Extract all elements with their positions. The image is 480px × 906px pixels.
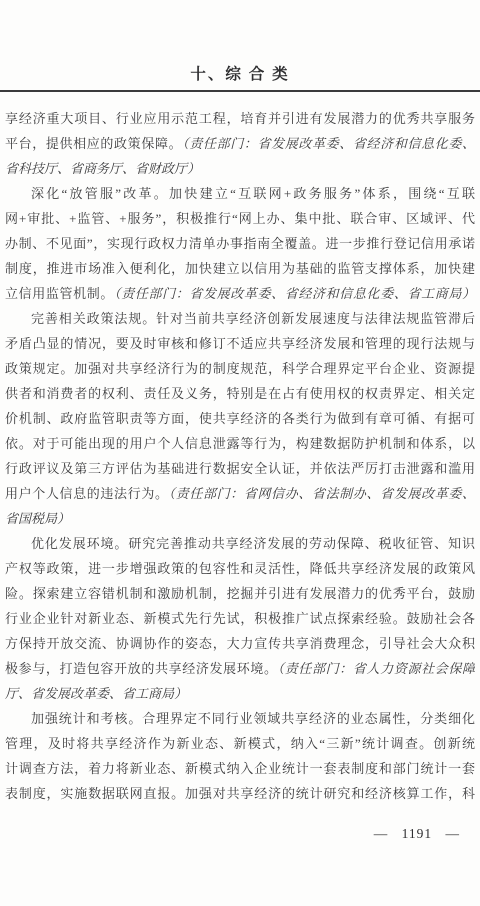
body-text: 平台，提供相应的政策保障。 [5, 136, 182, 151]
text-line: 省科技厅、省商务厅、省财政厅） [5, 156, 475, 181]
text-line: 供者和消费者的权利、责任及义务，特别是在占有使用权的权责界定、相关定 [5, 381, 475, 406]
text-line: 依。对于可能出现的用户个人信息泄露等行为，构建数据防护机制和体系，以 [5, 431, 475, 456]
responsible-department-text: （责任部门：省发展改革委、省经济和信息化委、省工商局） [114, 286, 475, 301]
text-line: 管理，及时将共享经济作为新业态、新模式，纳入“三新”统计调查。创新统 [5, 731, 475, 756]
text-line: 计调查方法，着力将新业态、新模式纳入企业统计一套表制度和部门统计一套 [5, 756, 475, 781]
body-text: 行业企业针对新业态、新模式先行先试，积极推广试点探索经验。鼓励社会各 [5, 611, 475, 626]
text-line: 加强统计和考核。合理界定不同行业领域共享经济的业态属性，分类细化 [5, 706, 475, 731]
body-text: 计调查方法，着力将新业态、新模式纳入企业统计一套表制度和部门统计一套 [5, 761, 475, 776]
text-line: 行政评议及第三方评估为基础进行数据安全认证，并依法严厉打击泄露和滥用 [5, 456, 475, 481]
body-text: 办制、不见面”，实现行政权力清单办事指南全覆盖。进一步推行登记信用承诺 [5, 236, 475, 251]
responsible-department-text: 省科技厅、省商务厅、省财政厅） [5, 161, 200, 176]
text-line: 享经济重大项目、行业应用示范工程，培育并引进有发展潜力的优秀共享服务 [5, 106, 475, 131]
document-body: 享经济重大项目、行业应用示范工程，培育并引进有发展潜力的优秀共享服务平台，提供相… [5, 106, 475, 806]
text-line: 极参与，打造包容开放的共享经济发展环境。（责任部门：省人力资源社会保障 [5, 656, 475, 681]
page-footer: — 1191 — [374, 826, 460, 842]
text-line: 方保持开放交流、协调协作的姿态，大力宣传共享消费理念，引导社会大众积 [5, 631, 475, 656]
text-line: 制度，推进市场准入便利化，加快建立以信用为基础的监管支撑体系，加快建 [5, 256, 475, 281]
responsible-department-text: 厅、省发展改革委、省工商局） [5, 686, 187, 701]
responsible-department-text: （责任部门：省人力资源社会保障 [278, 661, 475, 676]
text-line: 完善相关政策法规。针对当前共享经济创新发展速度与法律法规监管滞后 [5, 306, 475, 331]
body-text: 表制度，实施数据联网直报。加强对共享经济的统计研究和经济核算工作，科 [5, 786, 475, 801]
responsible-department-text: （责任部门：省发展改革委、省经济和信息化委、 [182, 136, 475, 151]
body-text: 方保持开放交流、协调协作的姿态，大力宣传共享消费理念，引导社会大众积 [5, 636, 475, 651]
text-line: 网+审批、+监管、+服务”，积极推行“网上办、集中批、联合审、区域评、代 [5, 206, 475, 231]
body-text: 依。对于可能出现的用户个人信息泄露等行为，构建数据防护机制和体系，以 [5, 436, 475, 451]
body-text: 完善相关政策法规。针对当前共享经济创新发展速度与法律法规监管滞后 [31, 311, 475, 326]
body-text: 供者和消费者的权利、责任及义务，特别是在占有使用权的权责界定、相关定 [5, 386, 475, 401]
text-line: 立信用监管机制。（责任部门：省发展改革委、省经济和信息化委、省工商局） [5, 281, 475, 306]
text-line: 价机制、政府监管职责等方面，使共享经济的各类行为做到有章可循、有据可 [5, 406, 475, 431]
text-line: 险。探索建立容错机制和激励机制，挖掘并引进有发展潜力的优秀平台，鼓励 [5, 581, 475, 606]
document-page: 十、综 合 类 享经济重大项目、行业应用示范工程，培育并引进有发展潜力的优秀共享… [0, 0, 480, 906]
text-line: 平台，提供相应的政策保障。（责任部门：省发展改革委、省经济和信息化委、 [5, 131, 475, 156]
body-text: 产权等政策，进一步增强政策的包容性和灵活性，降低共享经济发展的政策风 [5, 561, 475, 576]
body-text: 极参与，打造包容开放的共享经济发展环境。 [5, 661, 278, 676]
page-number: — 1191 — [374, 826, 460, 841]
body-text: 网+审批、+监管、+服务”，积极推行“网上办、集中批、联合审、区域评、代 [5, 211, 475, 226]
body-text: 险。探索建立容错机制和激励机制，挖掘并引进有发展潜力的优秀平台，鼓励 [5, 586, 475, 601]
text-line: 表制度，实施数据联网直报。加强对共享经济的统计研究和经济核算工作，科 [5, 781, 475, 806]
responsible-department-text: （责任部门：省网信办、省法制办、省发展改革委、 [169, 486, 475, 501]
text-line: 产权等政策，进一步增强政策的包容性和灵活性，降低共享经济发展的政策风 [5, 556, 475, 581]
body-text: 政策规定。加强对共享经济行为的制度规范，科学合理界定平台企业、资源提 [5, 361, 475, 376]
responsible-department-text: 省国税局） [5, 511, 70, 526]
header-divider [0, 90, 480, 92]
body-text: 管理，及时将共享经济作为新业态、新模式，纳入“三新”统计调查。创新统 [5, 736, 475, 751]
text-line: 省国税局） [5, 506, 475, 531]
body-text: 矛盾凸显的情况，要及时审核和修订不适应共享经济发展和管理的现行法规与 [5, 336, 475, 351]
section-title: 十、综 合 类 [0, 62, 480, 84]
text-line: 政策规定。加强对共享经济行为的制度规范，科学合理界定平台企业、资源提 [5, 356, 475, 381]
text-line: 矛盾凸显的情况，要及时审核和修订不适应共享经济发展和管理的现行法规与 [5, 331, 475, 356]
body-text: 价机制、政府监管职责等方面，使共享经济的各类行为做到有章可循、有据可 [5, 411, 475, 426]
body-text: 优化发展环境。研究完善推动共享经济发展的劳动保障、税收征管、知识 [31, 536, 475, 551]
body-text: 制度，推进市场准入便利化，加快建立以信用为基础的监管支撑体系，加快建 [5, 261, 475, 276]
text-line: 深化“放管服”改革。加快建立“互联网+政务服务”体系，围绕“互联 [5, 181, 475, 206]
text-line: 办制、不见面”，实现行政权力清单办事指南全覆盖。进一步推行登记信用承诺 [5, 231, 475, 256]
text-line: 行业企业针对新业态、新模式先行先试，积极推广试点探索经验。鼓励社会各 [5, 606, 475, 631]
text-line: 厅、省发展改革委、省工商局） [5, 681, 475, 706]
body-text: 用户个人信息的违法行为。 [5, 486, 169, 501]
body-text: 立信用监管机制。 [5, 286, 114, 301]
body-text: 行政评议及第三方评估为基础进行数据安全认证，并依法严厉打击泄露和滥用 [5, 461, 475, 476]
body-text: 加强统计和考核。合理界定不同行业领域共享经济的业态属性，分类细化 [31, 711, 475, 726]
text-line: 优化发展环境。研究完善推动共享经济发展的劳动保障、税收征管、知识 [5, 531, 475, 556]
body-text: 深化“放管服”改革。加快建立“互联网+政务服务”体系，围绕“互联 [31, 186, 475, 201]
text-line: 用户个人信息的违法行为。（责任部门：省网信办、省法制办、省发展改革委、 [5, 481, 475, 506]
body-text: 享经济重大项目、行业应用示范工程，培育并引进有发展潜力的优秀共享服务 [5, 111, 475, 126]
